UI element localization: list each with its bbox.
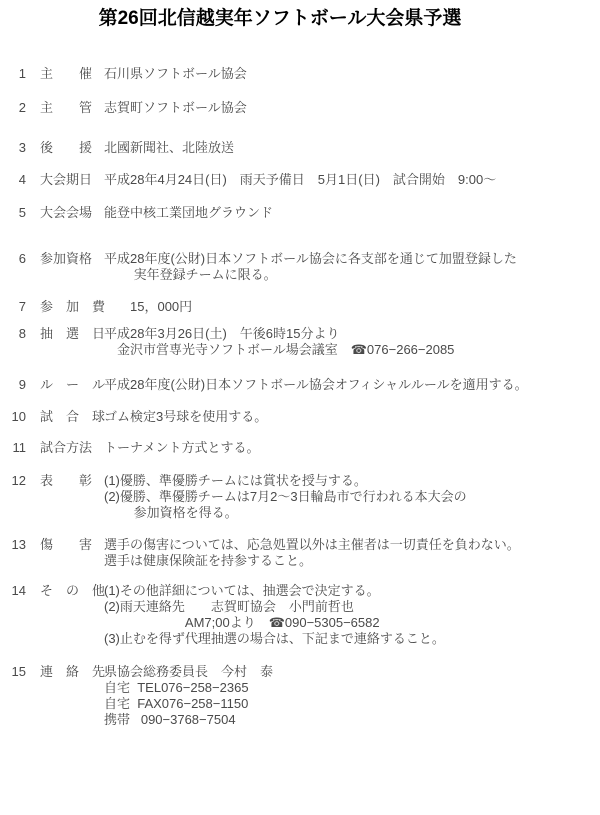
item-number: 15 xyxy=(0,664,26,680)
item-number: 5 xyxy=(0,205,26,221)
item-content: (1)優勝、準優勝チームには賞状を授与する。(2)優勝、準優勝チームは7月2～3… xyxy=(104,473,467,521)
agenda-item: 6参加資格平成28年度(公財)日本ソフトボール協会に各支部を通じて加盟登録した … xyxy=(0,251,600,283)
item-number: 10 xyxy=(0,409,26,425)
item-content: 北國新聞社、北陸放送 xyxy=(104,140,234,156)
item-number: 13 xyxy=(0,537,26,553)
item-number: 2 xyxy=(0,100,26,116)
item-number: 1 xyxy=(0,66,26,82)
item-content: 平成28年3月26日(土) 午後6時15分より 金沢市営専光寺ソフトボール場会議… xyxy=(104,326,454,358)
item-line: 北國新聞社、北陸放送 xyxy=(104,140,234,156)
item-label: 表 彰 xyxy=(40,473,104,489)
item-line: 石川県ソフトボール協会 xyxy=(104,66,247,82)
item-label: 試合方法 xyxy=(40,440,104,456)
item-label: 大会会場 xyxy=(40,205,104,221)
item-number: 9 xyxy=(0,377,26,393)
agenda-item: 9ル ー ル平成28年度(公財)日本ソフトボール協会オフィシャルルールを適用する… xyxy=(0,377,600,393)
item-label: 主 管 xyxy=(40,100,104,116)
item-content: 県協会総務委員長 今村 泰自宅 TEL076−258−2365自宅 FAX076… xyxy=(104,664,273,728)
item-line: 携帯 090−3768−7504 xyxy=(104,712,273,728)
item-line: ゴム検定3号球を使用する。 xyxy=(104,409,267,425)
item-label: 連 絡 先 xyxy=(40,664,104,680)
item-line: 自宅 FAX076−258−1150 xyxy=(104,696,273,712)
agenda-item: 11試合方法トーナメント方式とする。 xyxy=(0,440,600,456)
item-label: 抽 選 日 xyxy=(40,326,104,342)
item-line: 自宅 TEL076−258−2365 xyxy=(104,680,273,696)
item-line: 実年登録チームに限る。 xyxy=(104,267,517,283)
item-line: (1)その他詳細については、抽選会で決定する。 xyxy=(104,583,445,599)
item-line: (1)優勝、準優勝チームには賞状を授与する。 xyxy=(104,473,467,489)
document-title: 第26回北信越実年ソフトボール大会県予選 xyxy=(0,0,560,31)
agenda-item: 4大会期日平成28年4月24日(日) 雨天予備日 5月1日(日) 試合開始 9:… xyxy=(0,172,600,188)
item-label: 参加資格 xyxy=(40,251,104,267)
document-page: 第26回北信越実年ソフトボール大会県予選 1主 催石川県ソフトボール協会2主 管… xyxy=(0,0,600,815)
item-line: AM7;00より ☎090−5305−6582 xyxy=(104,615,445,631)
agenda-item: 1主 催石川県ソフトボール協会 xyxy=(0,66,600,82)
item-content: 志賀町ソフトボール協会 xyxy=(104,100,247,116)
agenda-item: 14そ の 他(1)その他詳細については、抽選会で決定する。(2)雨天連絡先 志… xyxy=(0,583,600,647)
item-label: ル ー ル xyxy=(40,377,104,393)
item-line: 参加資格を得る。 xyxy=(104,505,467,521)
item-line: 金沢市営専光寺ソフトボール場会議室 ☎076−266−2085 xyxy=(104,342,454,358)
item-content: 選手の傷害については、応急処置以外は主催者は一切責任を負わない。選手は健康保険証… xyxy=(104,537,520,569)
agenda-item: 2主 管志賀町ソフトボール協会 xyxy=(0,100,600,116)
item-number: 8 xyxy=(0,326,26,342)
agenda-item: 15連 絡 先県協会総務委員長 今村 泰自宅 TEL076−258−2365自宅… xyxy=(0,664,600,728)
item-line: 県協会総務委員長 今村 泰 xyxy=(104,664,273,680)
item-content: 15，000円 xyxy=(104,299,192,315)
item-content: 能登中核工業団地グラウンド xyxy=(104,205,273,221)
item-label: 参 加 費 xyxy=(40,299,104,315)
item-line: 平成28年度(公財)日本ソフトボール協会オフィシャルルールを適用する。 xyxy=(104,377,528,393)
item-label: そ の 他 xyxy=(40,583,104,599)
item-label: 大会期日 xyxy=(40,172,104,188)
item-line: 志賀町ソフトボール協会 xyxy=(104,100,247,116)
agenda-item: 12表 彰(1)優勝、準優勝チームには賞状を授与する。(2)優勝、準優勝チームは… xyxy=(0,473,600,521)
item-line: 選手は健康保険証を持参すること。 xyxy=(104,553,520,569)
item-content: 平成28年度(公財)日本ソフトボール協会オフィシャルルールを適用する。 xyxy=(104,377,528,393)
item-number: 7 xyxy=(0,299,26,315)
item-number: 12 xyxy=(0,473,26,489)
item-line: (2)優勝、準優勝チームは7月2～3日輪島市で行われる本大会の xyxy=(104,489,467,505)
item-line: 平成28年4月24日(日) 雨天予備日 5月1日(日) 試合開始 9:00～ xyxy=(104,172,496,188)
item-label: 試 合 球 xyxy=(40,409,104,425)
agenda-item: 10試 合 球ゴム検定3号球を使用する。 xyxy=(0,409,600,425)
item-line: 平成28年3月26日(土) 午後6時15分より xyxy=(104,326,454,342)
item-label: 傷 害 xyxy=(40,537,104,553)
item-line: 能登中核工業団地グラウンド xyxy=(104,205,273,221)
items-list: 1主 催石川県ソフトボール協会2主 管志賀町ソフトボール協会3後 援北國新聞社、… xyxy=(0,66,600,728)
agenda-item: 8抽 選 日平成28年3月26日(土) 午後6時15分より 金沢市営専光寺ソフト… xyxy=(0,326,600,358)
item-line: 平成28年度(公財)日本ソフトボール協会に各支部を通じて加盟登録した xyxy=(104,251,517,267)
item-label: 後 援 xyxy=(40,140,104,156)
item-content: 石川県ソフトボール協会 xyxy=(104,66,247,82)
item-number: 3 xyxy=(0,140,26,156)
agenda-item: 7参 加 費 15，000円 xyxy=(0,299,600,315)
item-content: 平成28年4月24日(日) 雨天予備日 5月1日(日) 試合開始 9:00～ xyxy=(104,172,496,188)
item-number: 6 xyxy=(0,251,26,267)
agenda-item: 13傷 害選手の傷害については、応急処置以外は主催者は一切責任を負わない。選手は… xyxy=(0,537,600,569)
item-line: 選手の傷害については、応急処置以外は主催者は一切責任を負わない。 xyxy=(104,537,520,553)
item-number: 14 xyxy=(0,583,26,599)
item-content: (1)その他詳細については、抽選会で決定する。(2)雨天連絡先 志賀町協会 小門… xyxy=(104,583,445,647)
item-line: (3)止むを得ず代理抽選の場合は、下記まで連絡すること。 xyxy=(104,631,445,647)
item-number: 4 xyxy=(0,172,26,188)
item-content: トーナメント方式とする。 xyxy=(104,440,259,456)
item-line: (2)雨天連絡先 志賀町協会 小門前哲也 xyxy=(104,599,445,615)
item-label: 主 催 xyxy=(40,66,104,82)
agenda-item: 5大会会場能登中核工業団地グラウンド xyxy=(0,205,600,221)
agenda-item: 3後 援北國新聞社、北陸放送 xyxy=(0,140,600,156)
item-content: 平成28年度(公財)日本ソフトボール協会に各支部を通じて加盟登録した 実年登録チ… xyxy=(104,251,517,283)
item-line: 15，000円 xyxy=(104,299,192,315)
item-number: 11 xyxy=(0,440,26,456)
item-line: トーナメント方式とする。 xyxy=(104,440,259,456)
item-content: ゴム検定3号球を使用する。 xyxy=(104,409,267,425)
